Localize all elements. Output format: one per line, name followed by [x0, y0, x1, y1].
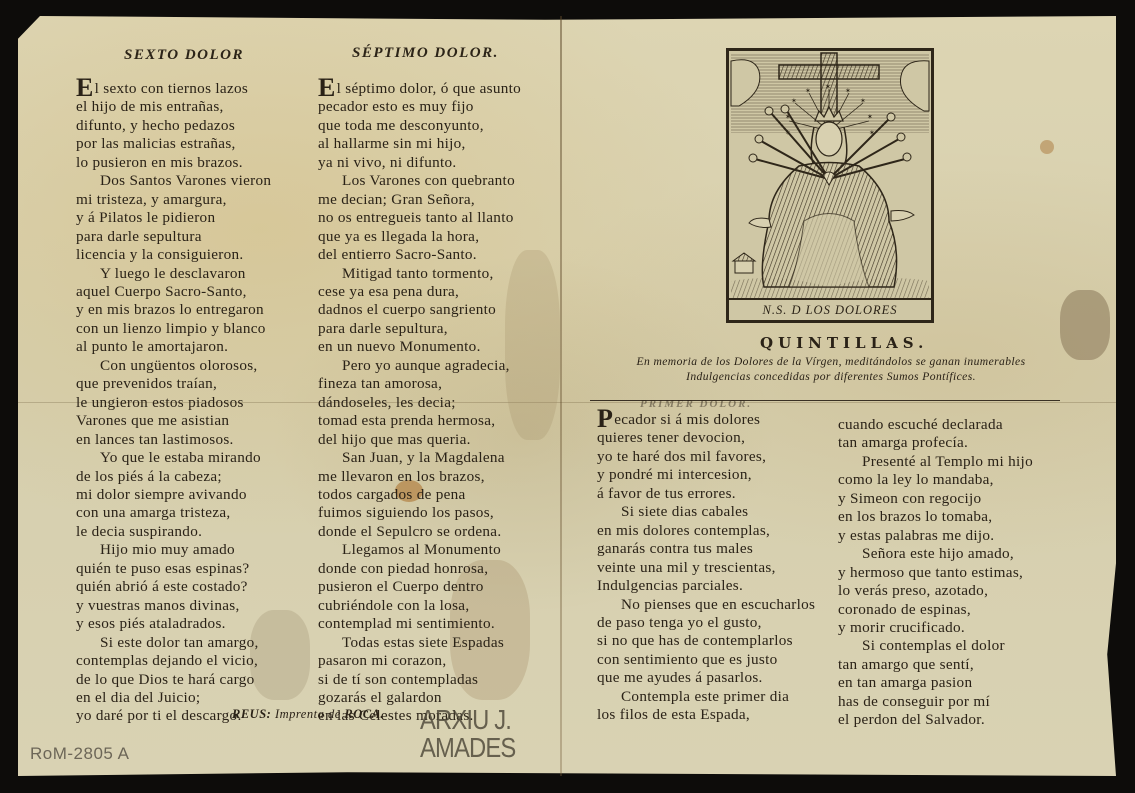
stamp-line-2: AMADES — [420, 734, 515, 762]
verse-line: en los brazos lo tomaba, — [838, 508, 1033, 526]
verse-line: y estas palabras me dijo. — [838, 527, 1033, 545]
verse-line: tan amargo que sentí, — [838, 656, 1033, 674]
printer-imprint: REUS: Imprenta de ROCA. — [232, 707, 384, 722]
verse-line: Señora este hijo amado, — [838, 545, 1033, 563]
stain — [1040, 140, 1054, 154]
verse-line: mi dolor siempre avivando — [76, 486, 271, 504]
catalog-number: RoM-2805 A — [30, 744, 130, 764]
verse-line: y esos piés ataladrados. — [76, 615, 271, 633]
verse-line: al punto le amortajaron. — [76, 338, 271, 356]
verse-line: al hallarme sin mi hijo, — [318, 135, 521, 153]
verse-line: cuando escuché declarada — [838, 416, 1033, 434]
verse-line: por las malicias estrañas, — [76, 135, 271, 153]
verse-line: de lo que Dios te hará cargo — [76, 671, 271, 689]
imprint-text: Imprenta de — [275, 707, 341, 721]
verse-line: como la ley lo mandaba, — [838, 471, 1033, 489]
verse-line: dadnos el cuerpo sangriento — [318, 301, 521, 319]
verse-line: que prevenidos traían, — [76, 375, 271, 393]
verse-line: Mitigad tanto tormento, — [318, 265, 521, 283]
verse-line: á favor de tus errores. — [597, 485, 815, 503]
verse-line: el perdon del Salvador. — [838, 711, 1033, 729]
verse-line: Hijo mio muy amado — [76, 541, 271, 559]
verse-line: Si contemplas el dolor — [838, 637, 1033, 655]
verse-line: El séptimo dolor, ó que asunto — [318, 79, 521, 98]
verse-line: del hijo que mas queria. — [318, 431, 521, 449]
verse-line: y Simeon con regocijo — [838, 490, 1033, 508]
imprint-place: REUS: — [232, 707, 271, 721]
verse-line: tan amarga profecía. — [838, 434, 1033, 452]
verse-line: Pero yo aunque agradecia, — [318, 357, 521, 375]
heading-primer-dolor: PRIMER DOLOR. — [640, 398, 752, 410]
verse-line: no os entregueis tanto al llanto — [318, 209, 521, 227]
svg-text:✶: ✶ — [791, 97, 797, 105]
verse-line: el hijo de mis entrañas, — [76, 98, 271, 116]
subtitle-line-2: Indulgencias concedidas por diferentes S… — [596, 369, 1066, 384]
verse-line: los filos de esta Espada, — [597, 706, 815, 724]
imprint-printer: ROCA. — [344, 707, 384, 721]
verse-line: y pondré mi intercesion, — [597, 466, 815, 484]
verse-line: tomad esta prenda hermosa, — [318, 412, 521, 430]
verse-line: donde el Sepulcro se ordena. — [318, 523, 521, 541]
verse-line: y á Pilatos le pidieron — [76, 209, 271, 227]
verse-line: si de tí son contempladas — [318, 671, 521, 689]
verse-line: Si este dolor tan amargo, — [76, 634, 271, 652]
verse-line: cese ya esa pena dura, — [318, 283, 521, 301]
verse-line: le ungieron estos piadosos — [76, 394, 271, 412]
verse-line: y morir crucificado. — [838, 619, 1033, 637]
verse-line: pasaron mi corazon, — [318, 652, 521, 670]
verse-line: con sentimiento que es justo — [597, 651, 815, 669]
heading-septimo-dolor: SÉPTIMO DOLOR. — [352, 45, 499, 62]
verse-line: Los Varones con quebranto — [318, 172, 521, 190]
column-septimo-dolor: El séptimo dolor, ó que asuntopecador es… — [318, 79, 521, 726]
verse-line: en tan amarga pasion — [838, 674, 1033, 692]
verse-line: coronado de espinas, — [838, 601, 1033, 619]
verse-line: Todas estas siete Espadas — [318, 634, 521, 652]
verse-line: difunto, y hecho pedazos — [76, 117, 271, 135]
verse-line: dándoseles, les decia; — [318, 394, 521, 412]
verse-line: y en mis brazos lo entregaron — [76, 301, 271, 319]
verse-line: Yo que le estaba mirando — [76, 449, 271, 467]
heading-sexto-dolor: SEXTO DOLOR — [124, 47, 244, 64]
center-fold — [560, 16, 562, 776]
verse-line: San Juan, y la Magdalena — [318, 449, 521, 467]
subtitle: En memoria de los Dolores de la Vírgen, … — [596, 354, 1066, 384]
verse-line: has de conseguir por mí — [838, 693, 1033, 711]
verse-line: y vuestras manos divinas, — [76, 597, 271, 615]
verse-line: yo te haré dos mil favores, — [597, 448, 815, 466]
verse-line: Contempla este primer dia — [597, 688, 815, 706]
verse-text: l sexto con tiernos lazos — [95, 80, 248, 97]
verse-line: me decian; Gran Señora, — [318, 191, 521, 209]
verse-line: en un nuevo Monumento. — [318, 338, 521, 356]
column-sexto-dolor: El sexto con tiernos lazosel hijo de mis… — [76, 79, 271, 726]
verse-line: con un lienzo limpio y blanco — [76, 320, 271, 338]
verse-line: para darle sepultura — [76, 228, 271, 246]
column-primer-dolor-continued: cuando escuché declaradatan amarga profe… — [838, 416, 1033, 730]
virgin-of-sorrows-icon: ✶✶✶ ✶✶✶ ✶✶✶ — [729, 51, 931, 300]
woodcut-caption: N.S. D LOS DOLORES — [729, 298, 931, 320]
verse-line: del entierro Sacro-Santo. — [318, 246, 521, 264]
verse-line: de paso tenga yo el gusto, — [597, 614, 815, 632]
verse-line: con una amarga tristeza, — [76, 504, 271, 522]
verse-line: Indulgencias parciales. — [597, 577, 815, 595]
verse-line: para darle sepultura, — [318, 320, 521, 338]
svg-text:✶: ✶ — [825, 83, 831, 91]
verse-line: contemplad mi sentimiento. — [318, 615, 521, 633]
verse-line: Dos Santos Varones vieron — [76, 172, 271, 190]
svg-text:✶: ✶ — [867, 113, 873, 121]
verse-line: contemplas dejando el vicio, — [76, 652, 271, 670]
verse-line: licencia y la consiguieron. — [76, 246, 271, 264]
verse-line: que ya es llegada la hora, — [318, 228, 521, 246]
verse-line: Llegamos al Monumento — [318, 541, 521, 559]
verse-line: lo pusieron en mis brazos. — [76, 154, 271, 172]
verse-line: si no que has de contemplarlos — [597, 632, 815, 650]
verse-line: quién te puso esas espinas? — [76, 560, 271, 578]
verse-line: Varones que me asistian — [76, 412, 271, 430]
verse-line: todos cargados de pena — [318, 486, 521, 504]
verse-line: cubriéndole con la losa, — [318, 597, 521, 615]
verse-line: le decia suspirando. — [76, 523, 271, 541]
verse-line: No pienses que en escucharlos — [597, 596, 815, 614]
svg-text:✶: ✶ — [805, 87, 811, 95]
verse-line: quieres tener devocion, — [597, 429, 815, 447]
subtitle-line-1: En memoria de los Dolores de la Vírgen, … — [596, 354, 1066, 369]
verse-line: donde con piedad honrosa, — [318, 560, 521, 578]
column-primer-dolor: Pecador si á mis doloresquieres tener de… — [597, 410, 815, 725]
svg-text:✶: ✶ — [860, 97, 866, 105]
verse-line: que toda me desconyunto, — [318, 117, 521, 135]
verse-line: El sexto con tiernos lazos — [76, 79, 271, 98]
verse-line: Pecador si á mis dolores — [597, 410, 815, 429]
verse-line: Con ungüentos olorosos, — [76, 357, 271, 375]
verse-line: ya ni vivo, ni difunto. — [318, 154, 521, 172]
stamp-line-1: ARXIU J. — [420, 706, 515, 734]
verse-line: en lances tan lastimosos. — [76, 431, 271, 449]
stain — [1060, 290, 1110, 360]
verse-line: que me ayudes á pasarlos. — [597, 669, 815, 687]
verse-line: Presenté al Templo mi hijo — [838, 453, 1033, 471]
verse-line: Si siete dias cabales — [597, 503, 815, 521]
verse-line: mi tristeza, y amargura, — [76, 191, 271, 209]
verse-line: en el dia del Juicio; — [76, 689, 271, 707]
verse-line: lo verás preso, azotado, — [838, 582, 1033, 600]
verse-line: pecador esto es muy fijo — [318, 98, 521, 116]
verse-line: Y luego le desclavaron — [76, 265, 271, 283]
svg-text:✶: ✶ — [845, 87, 851, 95]
verse-line: me llevaron en los brazos, — [318, 468, 521, 486]
verse-line: y hermoso que tanto estimas, — [838, 564, 1033, 582]
verse-line: pusieron el Cuerpo dentro — [318, 578, 521, 596]
verse-text: ecador si á mis dolores — [614, 411, 760, 428]
verse-line: en mis dolores contemplas, — [597, 522, 815, 540]
page-title: QUINTILLAS. — [760, 334, 928, 352]
archive-stamp: ARXIU J. AMADES — [420, 706, 515, 762]
verse-line: quién abrió á este costado? — [76, 578, 271, 596]
verse-line: ganarás contra tus males — [597, 540, 815, 558]
verse-line: veinte una mil y trescientas, — [597, 559, 815, 577]
verse-text: l séptimo dolor, ó que asunto — [337, 80, 521, 97]
verse-line: fineza tan amorosa, — [318, 375, 521, 393]
verse-line: aquel Cuerpo Sacro-Santo, — [76, 283, 271, 301]
woodcut-virgin-of-sorrows: ✶✶✶ ✶✶✶ ✶✶✶ N.S. D — [726, 48, 934, 323]
verse-line: de los piés á la cabeza; — [76, 468, 271, 486]
verse-line: fuimos siguiendo los pasos, — [318, 504, 521, 522]
